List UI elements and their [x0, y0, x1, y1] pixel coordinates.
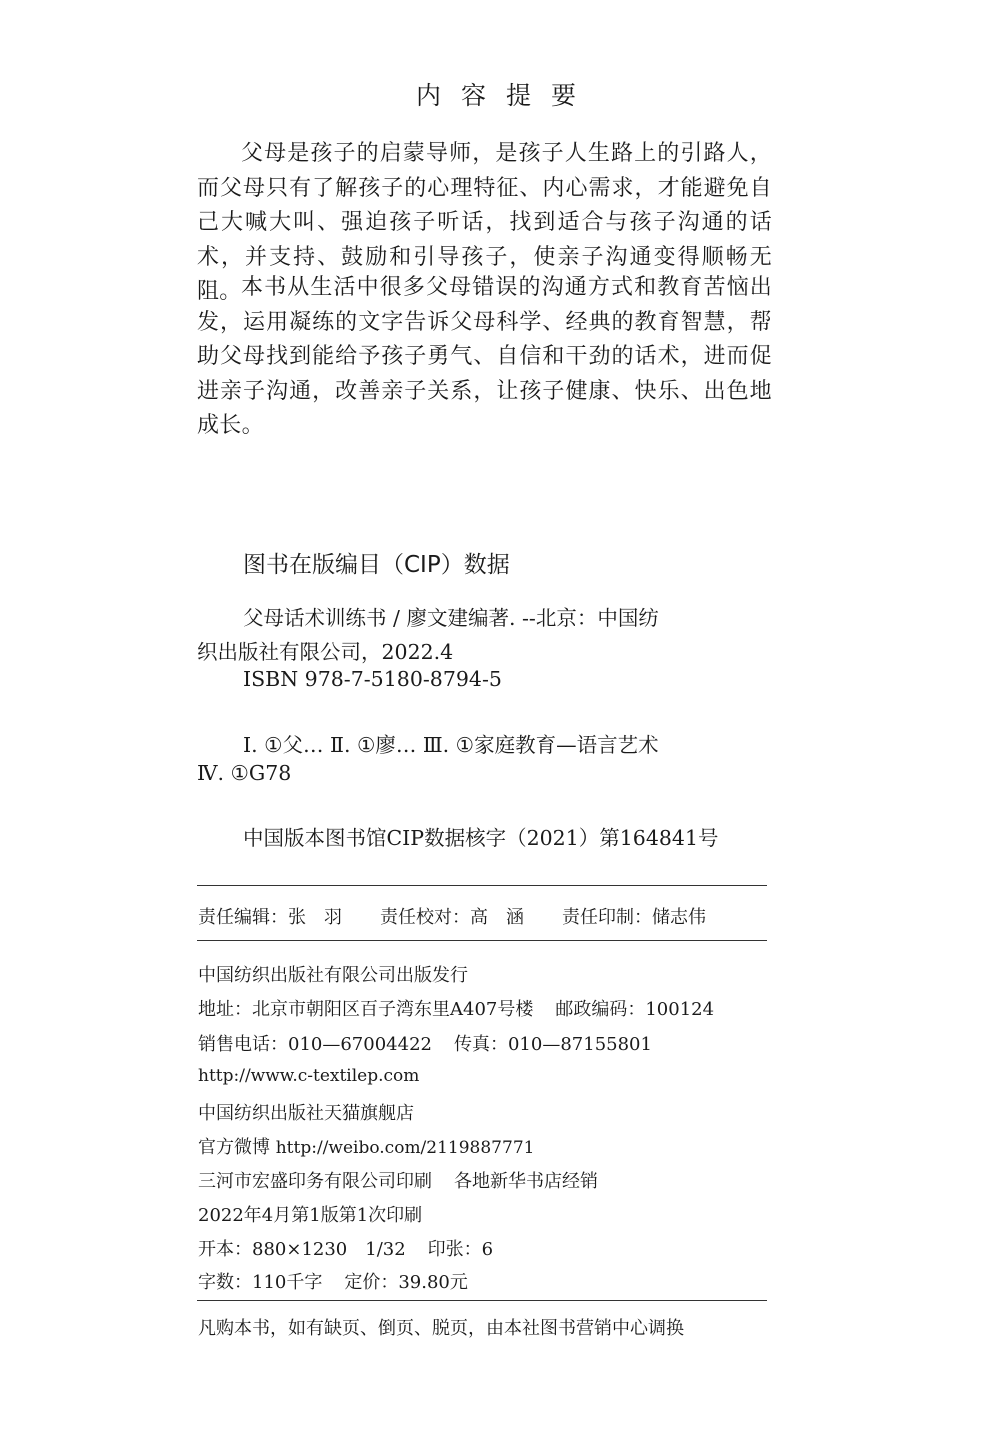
cip-verification: 中国版本图书馆CIP数据核字（2021）第164841号: [243, 821, 719, 851]
edition-line: 2022年4月第1版第1次印刷: [198, 1201, 422, 1227]
address: 地址：北京市朝阳区百子湾东里A407号楼: [198, 999, 533, 1020]
cip-heading: 图书在版编目（CIP）数据: [243, 546, 510, 579]
divider-top: [197, 885, 767, 886]
tmall-store: 中国纺织出版社天猫旗舰店: [198, 1099, 414, 1125]
address-line: 地址：北京市朝阳区百子湾东里A407号楼邮政编码：100124: [198, 995, 714, 1021]
abstract-title: 内容提要: [0, 76, 1000, 112]
proofreader-name: 高 涵: [470, 907, 524, 928]
cip-classification-line-1: Ⅰ. ①父… Ⅱ. ①廖… Ⅲ. ①家庭教育—语言艺术: [243, 728, 659, 758]
staff-line: 责任编辑：张 羽责任校对：高 涵责任印制：储志伟: [198, 903, 706, 929]
fax: 传真：010—87155801: [454, 1034, 652, 1055]
sales-phone: 销售电话：010—67004422: [198, 1034, 432, 1055]
wordcount-price-line: 字数：110千字定价：39.80元: [198, 1268, 468, 1294]
proofreader-label: 责任校对：: [380, 907, 470, 928]
replacement-notice: 凡购本书，如有缺页、倒页、脱页，由本社图书营销中心调换: [198, 1314, 684, 1340]
weibo-link[interactable]: http://weibo.com/2119887771: [276, 1138, 535, 1158]
abstract-paragraph-2: 本书从生活中很多父母错误的沟通方式和教育苦恼出发，运用凝练的文字告诉父母科学、经…: [197, 271, 772, 444]
divider-middle: [197, 940, 767, 941]
phone-line: 销售电话：010—67004422传真：010—87155801: [198, 1030, 652, 1056]
editor-label: 责任编辑：: [198, 907, 288, 928]
sheets: 印张：6: [428, 1239, 493, 1260]
distributor: 各地新华书店经销: [454, 1171, 598, 1192]
printing-name: 储志伟: [652, 907, 706, 928]
website-link[interactable]: http://www.c-textilep.com: [198, 1066, 419, 1086]
cip-isbn: ISBN 978-7-5180-8794-5: [243, 667, 502, 691]
format-line: 开本：880×1230 1/32印张：6: [198, 1235, 493, 1261]
postcode: 邮政编码：100124: [555, 999, 714, 1020]
publisher-line: 中国纺织出版社有限公司出版发行: [198, 961, 468, 987]
cip-record-line-1: 父母话术训练书 / 廖文建编著. --北京：中国纺: [243, 601, 659, 631]
cip-classification-line-2: Ⅳ. ①G78: [197, 761, 291, 785]
weibo-label: 官方微博: [198, 1137, 270, 1158]
printer: 三河市宏盛印务有限公司印刷: [198, 1171, 432, 1192]
format: 开本：880×1230 1/32: [198, 1239, 406, 1260]
cip-record-line-2: 织出版社有限公司，2022.4: [197, 635, 453, 665]
weibo-line: 官方微博 http://weibo.com/2119887771: [198, 1133, 534, 1159]
price: 定价：39.80元: [344, 1272, 468, 1293]
word-count: 字数：110千字: [198, 1272, 322, 1293]
divider-bottom: [197, 1300, 767, 1301]
printing-label: 责任印制：: [562, 907, 652, 928]
editor-name: 张 羽: [288, 907, 342, 928]
printer-line: 三河市宏盛印务有限公司印刷各地新华书店经销: [198, 1167, 598, 1193]
